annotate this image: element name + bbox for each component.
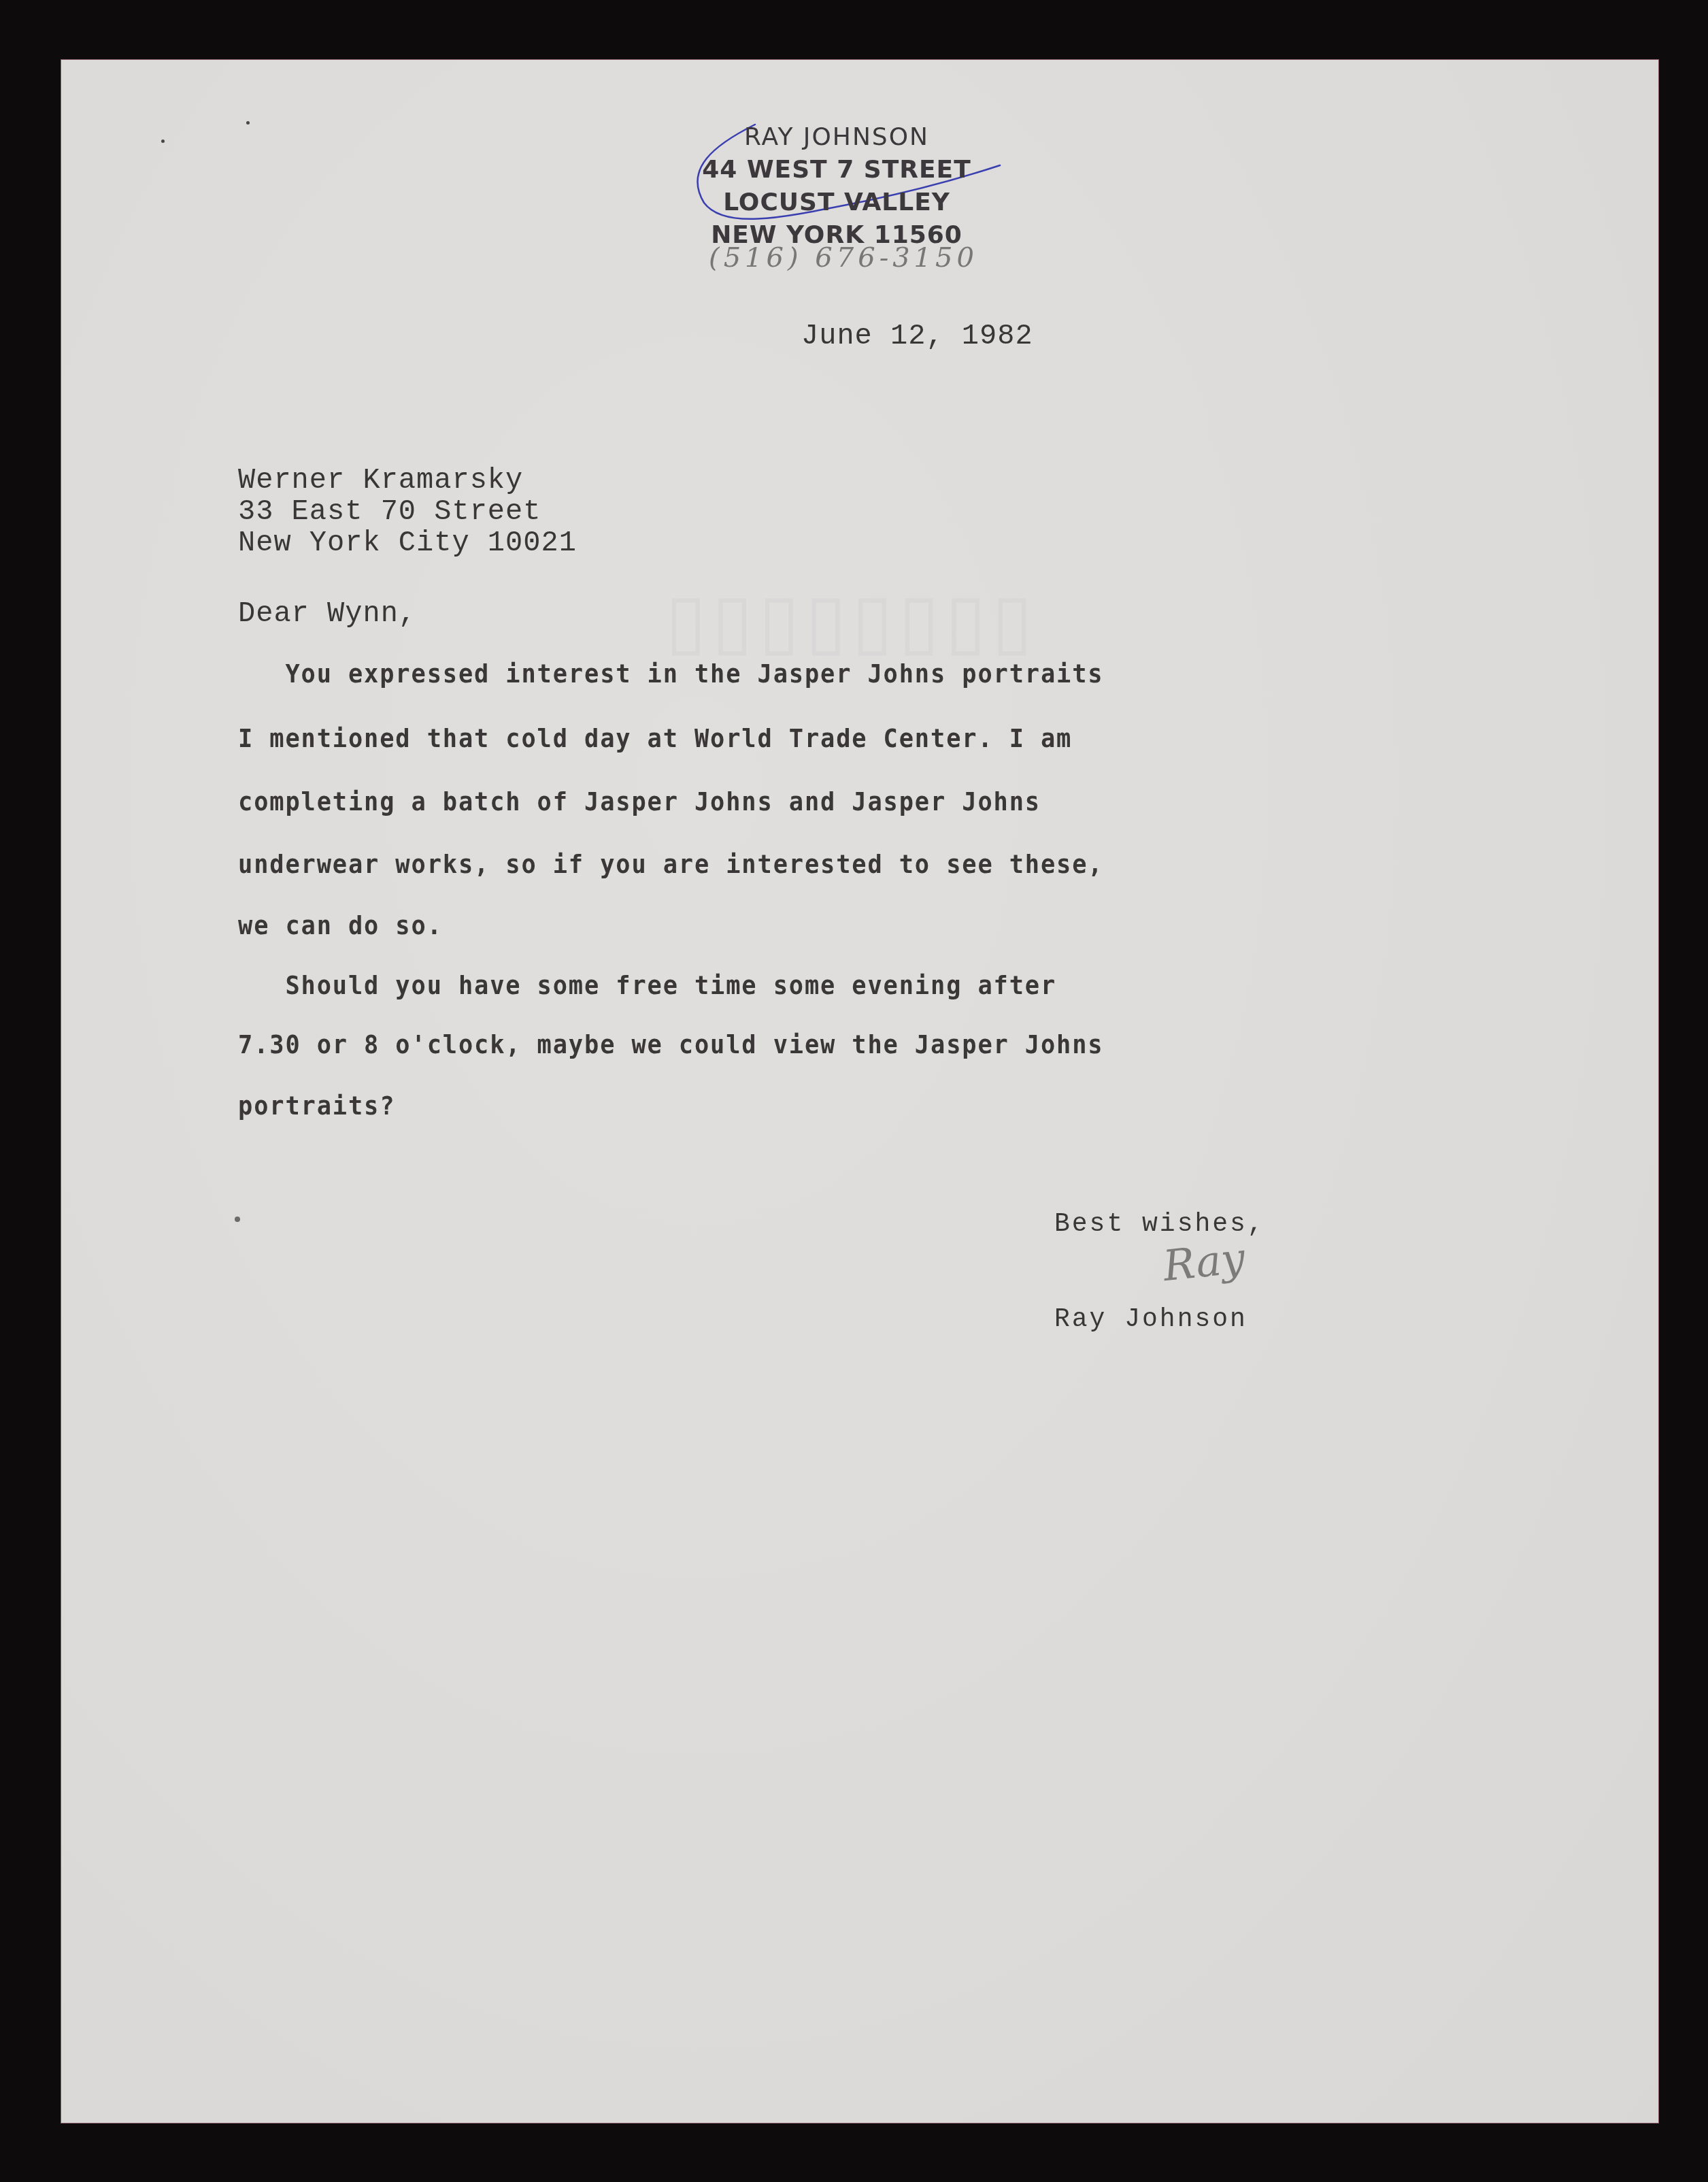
handwritten-phone: (516) 676-3150 [701,242,986,274]
letterhead-stamp: RAY JOHNSON 44 WEST 7 STREET LOCUST VALL… [694,121,979,252]
handwritten-signature: Ray [1161,1233,1247,1291]
ink-speck [161,139,165,143]
recipient-city: New York City 10021 [238,527,577,559]
recipient-name: Werner Kramarsky [238,464,523,497]
salutation: Dear Wynn, [238,597,416,630]
body-line: completing a batch of Jasper Johns and J… [238,787,1041,816]
letterhead-name: RAY JOHNSON [694,121,979,154]
letter-date: June 12, 1982 [801,320,1033,352]
ink-speck [235,1217,240,1222]
body-line: we can do so. [238,910,443,940]
recipient-street: 33 East 70 Street [238,495,541,528]
letterhead-street: 44 WEST 7 STREET [694,154,979,186]
body-line: 7.30 or 8 o'clock, maybe we could view t… [238,1029,1104,1059]
body-line: You expressed interest in the Jasper Joh… [238,659,1104,689]
typed-signature: Ray Johnson [1054,1305,1247,1334]
body-line: I mentioned that cold day at World Trade… [238,723,1072,753]
letter-page: ▯▯▯▯▯▯▯▯ RAY JOHNSON 44 WEST 7 STREET LO… [61,60,1658,2123]
ink-speck [246,121,250,125]
body-line: underwear works, so if you are intereste… [238,849,1104,879]
body-line: portraits? [238,1091,395,1121]
letterhead-city: LOCUST VALLEY [694,186,979,219]
body-line: Should you have some free time some even… [238,970,1056,1000]
show-through-texture: ▯▯▯▯▯▯▯▯ [660,577,1033,665]
